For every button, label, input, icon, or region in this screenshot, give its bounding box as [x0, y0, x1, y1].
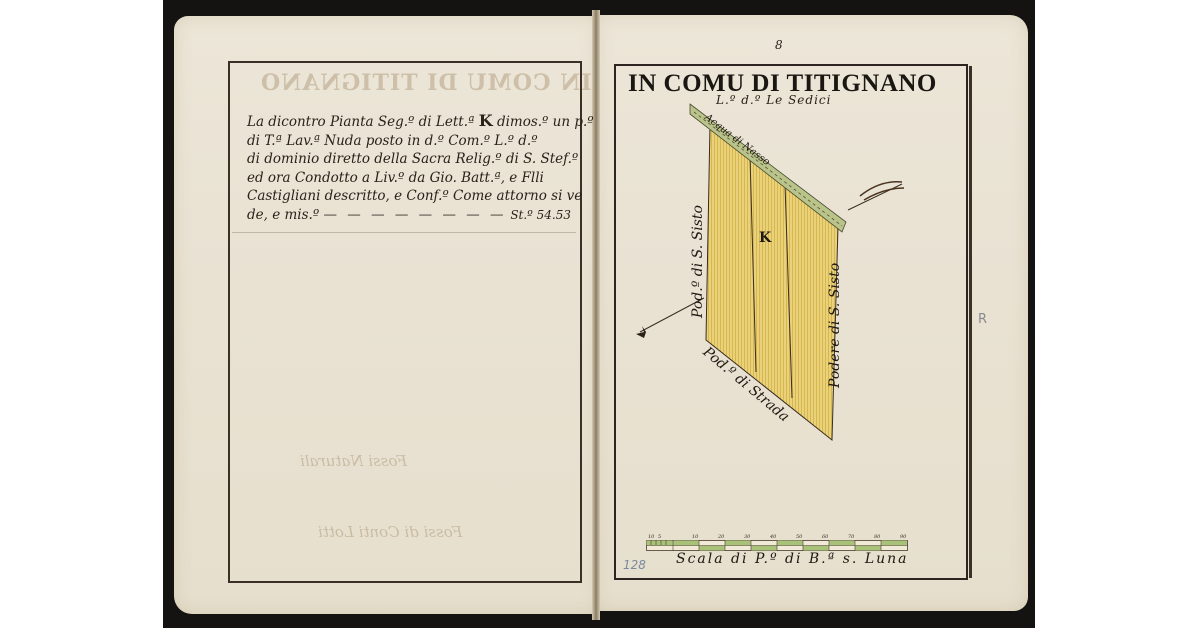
compass-line: [848, 184, 902, 210]
left-boundary-label: Pod.º di S. Sisto: [690, 205, 706, 318]
right-boundary-label: Podere di S. Sisto: [827, 263, 843, 388]
note-line: La dicontro Pianta Seg.º di Lett.ª K dim…: [247, 112, 577, 132]
bleed-through-line: Fossi Naturali: [300, 452, 407, 470]
parcel-description: La dicontro Pianta Seg.º di Lett.ª K dim…: [247, 112, 577, 224]
bleed-through-line: Fossi di Conti Lotti: [318, 523, 462, 541]
note-line: ed ora Condotto a Liv.º da Gio. Batt.ª, …: [247, 169, 577, 188]
feather-icon: [860, 182, 904, 200]
page-number: 8: [775, 38, 783, 52]
note-line: di T.ª Lav.ª Nuda posto in d.º Com.º L.º…: [247, 132, 577, 151]
divider-rule: [232, 232, 576, 233]
scale-caption: Scala di P.º di B.ª s. Luna: [676, 551, 909, 567]
folio-number: 128: [623, 558, 646, 572]
book-gutter: [592, 10, 600, 620]
bleed-through-title: IN COMU DI TITIGNANO: [260, 70, 592, 96]
note-line: di dominio diretto della Sacra Relig.º d…: [247, 150, 577, 169]
note-line: Castigliani descritto, e Conf.º Come att…: [247, 187, 577, 206]
parcel-letter-label: K: [759, 230, 771, 246]
area-measure: St.º 54.53: [510, 206, 571, 225]
parcel-letter: K: [479, 111, 493, 130]
note-line: de, e mis.º — — — — — — — —St.º 54.53: [247, 206, 577, 225]
pencil-margin-mark: R: [978, 312, 987, 327]
